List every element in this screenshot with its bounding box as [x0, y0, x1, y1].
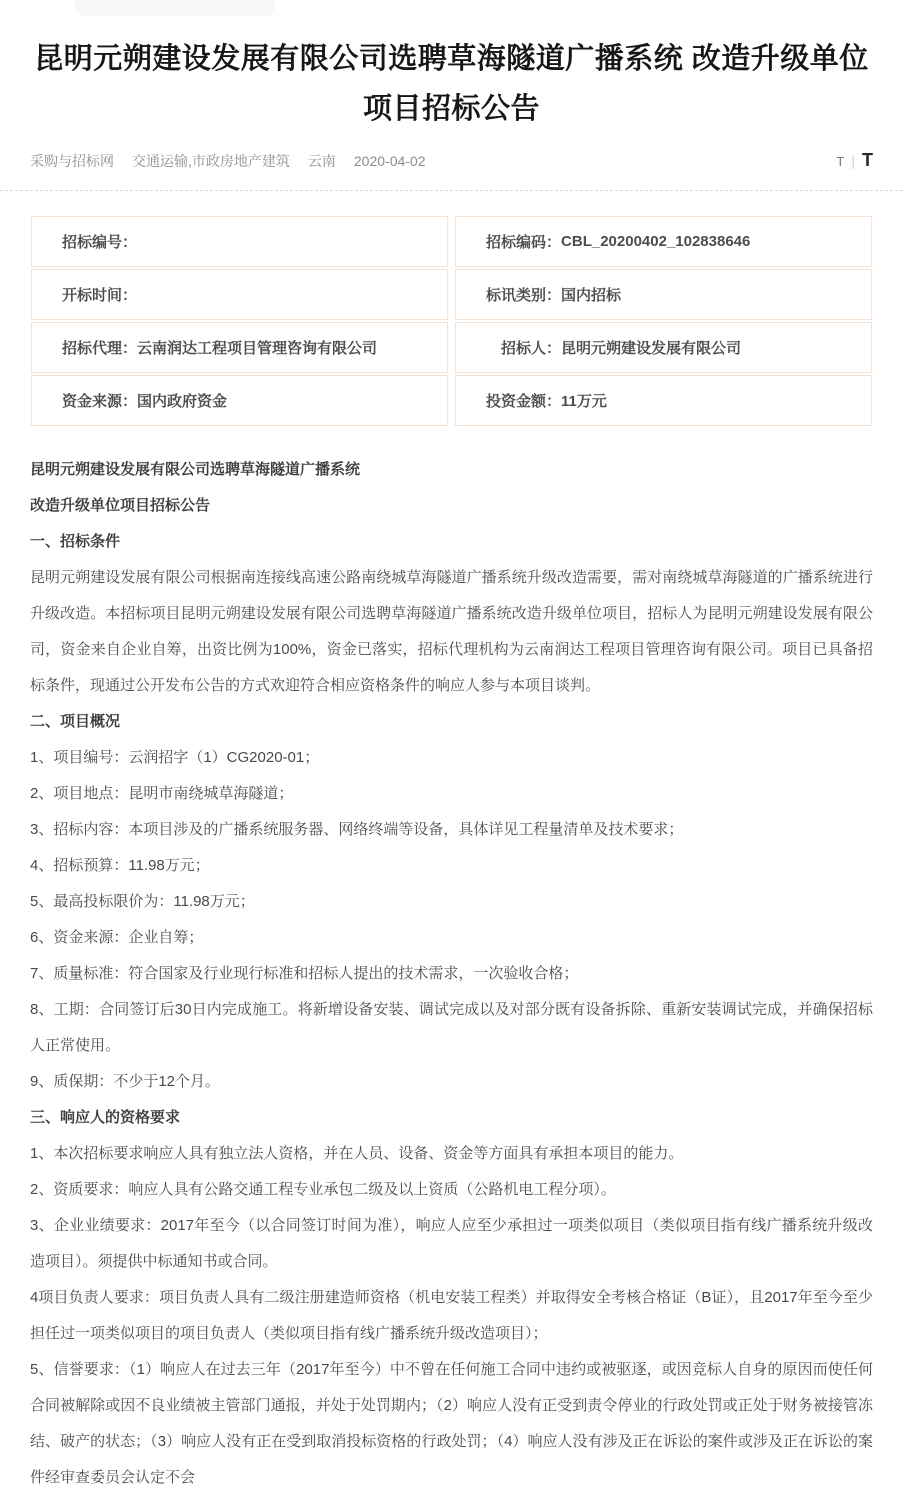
paragraph: 2、项目地点：昆明市南绕城草海隧道；	[30, 776, 873, 812]
paragraph: 7、质量标准：符合国家及行业现行标准和招标人提出的技术需求，一次验收合格；	[30, 956, 873, 992]
info-cell: 招标编码：CBL_20200402_102838646	[455, 216, 872, 267]
region-label: 云南	[308, 151, 336, 171]
info-cell-colon: ：	[122, 284, 137, 305]
info-cell-value: 国内政府资金	[137, 390, 227, 411]
paragraph: 4项目负责人要求：项目负责人具有二级注册建造师资格（机电安装工程类）并取得安全考…	[30, 1280, 873, 1352]
info-cell-colon: ：	[546, 390, 561, 411]
paragraph: 5、最高投标限价为：11.98万元；	[30, 884, 873, 920]
info-cell-label: 招标代理	[62, 337, 122, 358]
paragraph: 4、招标预算：11.98万元；	[30, 848, 873, 884]
paragraph: 3、招标内容：本项目涉及的广播系统服务器、网络终端等设备，具体详见工程量清单及技…	[30, 812, 873, 848]
info-cell: 招标编号：	[31, 216, 448, 267]
page-title: 昆明元朔建设发展有限公司选聘草海隧道广播系统 改造升级单位 项目招标公告	[0, 0, 903, 134]
info-cell-colon: ：	[546, 337, 561, 358]
info-cell: 投资金额：11万元	[455, 375, 872, 426]
font-size-controls: T | T	[836, 150, 873, 171]
paragraph: 8、工期：合同签订后30日内完成施工。将新增设备安装、调试完成以及对部分既有设备…	[30, 992, 873, 1064]
font-size-decrease-button[interactable]: T	[836, 154, 844, 169]
section-heading: 二、项目概况	[30, 704, 873, 740]
section-heading: 改造升级单位项目招标公告	[30, 488, 873, 524]
paragraph: 昆明元朔建设发展有限公司根据南连接线高速公路南绕城草海隧道广播系统升级改造需要，…	[30, 560, 873, 704]
info-cell-label: 资金来源	[62, 390, 122, 411]
info-cell-label: 招标编码	[486, 231, 546, 252]
info-cell-label: 招标编号	[62, 231, 122, 252]
page-title-line2: 项目招标公告	[0, 84, 903, 134]
faded-logo-blob	[75, 0, 275, 16]
info-cell-label: 开标时间	[62, 284, 122, 305]
info-cell: 开标时间：	[31, 269, 448, 320]
page-title-line1: 昆明元朔建设发展有限公司选聘草海隧道广播系统 改造升级单位	[0, 34, 903, 84]
info-cell-label: 招标人	[486, 337, 546, 358]
info-cell-value: CBL_20200402_102838646	[561, 233, 750, 250]
info-cell: 招标代理：云南润达工程项目管理咨询有限公司	[31, 322, 448, 373]
dashed-divider	[0, 190, 903, 191]
info-cell: 招标人：昆明元朔建设发展有限公司	[455, 322, 872, 373]
info-cell-colon: ：	[546, 284, 561, 305]
info-cell: 标讯类别：国内招标	[455, 269, 872, 320]
paragraph: 3、企业业绩要求：2017年至今（以合同签订时间为准），响应人应至少承担过一项类…	[30, 1208, 873, 1280]
publish-date: 2020-04-02	[354, 153, 426, 169]
info-cell-colon: ：	[122, 390, 137, 411]
info-cell-value: 11万元	[561, 390, 607, 411]
meta-row: 采购与招标网 交通运输,市政房地产建筑 云南 2020-04-02 T | T	[0, 150, 903, 171]
info-cell-value: 云南润达工程项目管理咨询有限公司	[137, 337, 377, 358]
info-cell-value: 国内招标	[561, 284, 621, 305]
paragraph: 2、资质要求：响应人具有公路交通工程专业承包二级及以上资质（公路机电工程分项）。	[30, 1172, 873, 1208]
announcement-body: 昆明元朔建设发展有限公司选聘草海隧道广播系统改造升级单位项目招标公告一、招标条件…	[30, 452, 873, 1496]
source-site-link[interactable]: 采购与招标网	[30, 151, 114, 171]
info-cell-colon: ：	[546, 231, 561, 252]
category-label: 交通运输,市政房地产建筑	[132, 151, 290, 171]
paragraph: 9、质保期：不少于12个月。	[30, 1064, 873, 1100]
paragraph: 1、本次招标要求响应人具有独立法人资格，并在人员、设备、资金等方面具有承担本项目…	[30, 1136, 873, 1172]
info-table: 招标编号：招标编码：CBL_20200402_102838646开标时间：标讯类…	[31, 216, 872, 426]
section-heading: 三、响应人的资格要求	[30, 1100, 873, 1136]
info-cell-value: 昆明元朔建设发展有限公司	[561, 337, 741, 358]
paragraph: 1、项目编号：云润招字（1）CG2020-01；	[30, 740, 873, 776]
info-cell-label: 投资金额	[486, 390, 546, 411]
font-size-divider: |	[851, 153, 855, 169]
paragraph: 6、资金来源：企业自筹；	[30, 920, 873, 956]
info-cell-label: 标讯类别	[486, 284, 546, 305]
section-heading: 一、招标条件	[30, 524, 873, 560]
info-cell-colon: ：	[122, 337, 137, 358]
info-cell-colon: ：	[122, 231, 137, 252]
section-heading: 昆明元朔建设发展有限公司选聘草海隧道广播系统	[30, 452, 873, 488]
paragraph: 5、信誉要求：（1）响应人在过去三年（2017年至今）中不曾在任何施工合同中违约…	[30, 1352, 873, 1496]
font-size-increase-button[interactable]: T	[862, 150, 873, 171]
info-cell: 资金来源：国内政府资金	[31, 375, 448, 426]
